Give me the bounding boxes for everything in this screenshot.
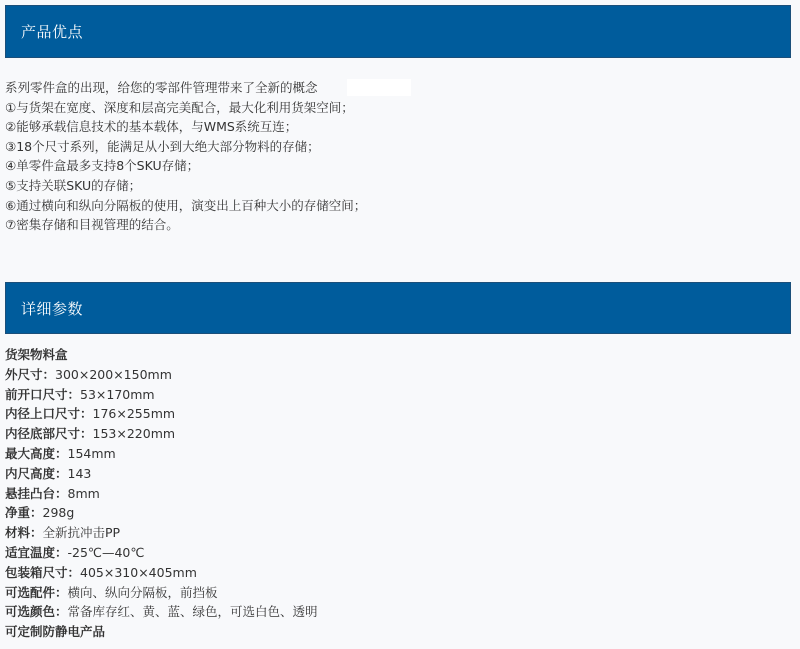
param-value: 300×200×150mm bbox=[55, 367, 172, 382]
param-label: 悬挂凸台： bbox=[5, 486, 68, 501]
param-value: 176×255mm bbox=[93, 406, 176, 421]
advantage-item: ⑦密集存储和目视管理的结合。 bbox=[5, 215, 785, 235]
advantage-item: ①与货架在宽度、深度和层高完美配合，最大化利用货架空间； bbox=[5, 98, 785, 118]
param-row: 净重：298g bbox=[5, 503, 785, 523]
param-value: 全新抗冲击PP bbox=[43, 525, 121, 540]
advantage-item: ⑤支持关联SKU的存储； bbox=[5, 176, 785, 196]
param-value: -25℃—40℃ bbox=[68, 545, 145, 560]
param-value: 154mm bbox=[68, 446, 116, 461]
param-value: 常备库存红、黄、蓝、绿色，可选白色、透明 bbox=[68, 604, 318, 619]
section-header-advantages: 产品优点 bbox=[5, 5, 791, 58]
advantage-item: ③18个尺寸系列，能满足从小到大绝大部分物料的存储； bbox=[5, 137, 785, 157]
section-title-params: 详细参数 bbox=[21, 298, 83, 319]
advantage-item: ②能够承载信息技术的基本载体，与WMS系统互连； bbox=[5, 117, 785, 137]
param-row: 前开口尺寸：53×170mm bbox=[5, 385, 785, 405]
product-detail-page: 产品优点 系列零件盒的出现，给您的零部件管理带来了全新的概念 ①与货架在宽度、深… bbox=[0, 0, 800, 649]
advantage-item: ④单零件盒最多支持8个SKU存储； bbox=[5, 156, 785, 176]
param-value: 横向、纵向分隔板，前挡板 bbox=[68, 585, 218, 600]
param-label: 净重： bbox=[5, 505, 43, 520]
param-value: 8mm bbox=[68, 486, 100, 501]
param-label: 最大高度： bbox=[5, 446, 68, 461]
param-row: 内尺高度：143 bbox=[5, 464, 785, 484]
param-row: 包装箱尺寸：405×310×405mm bbox=[5, 563, 785, 583]
param-label: 可选颜色： bbox=[5, 604, 68, 619]
param-label: 可选配件： bbox=[5, 585, 68, 600]
param-label: 外尺寸： bbox=[5, 367, 55, 382]
param-label: 内尺高度： bbox=[5, 466, 68, 481]
advantages-list: 系列零件盒的出现，给您的零部件管理带来了全新的概念 ①与货架在宽度、深度和层高完… bbox=[5, 78, 785, 235]
section-header-params: 详细参数 bbox=[5, 282, 791, 334]
params-list: 货架物料盒 外尺寸：300×200×150mm 前开口尺寸：53×170mm 内… bbox=[5, 345, 785, 642]
param-label: 适宜温度： bbox=[5, 545, 68, 560]
param-row: 可选颜色：常备库存红、黄、蓝、绿色，可选白色、透明 bbox=[5, 602, 785, 622]
param-row: 最大高度：154mm bbox=[5, 444, 785, 464]
param-value: 298g bbox=[43, 505, 75, 520]
param-label: 内径上口尺寸： bbox=[5, 406, 93, 421]
product-name: 货架物料盒 bbox=[5, 345, 785, 365]
param-row: 可选配件：横向、纵向分隔板，前挡板 bbox=[5, 583, 785, 603]
section-title-advantages: 产品优点 bbox=[21, 21, 83, 42]
param-label: 内径底部尺寸： bbox=[5, 426, 93, 441]
param-row: 内径上口尺寸：176×255mm bbox=[5, 404, 785, 424]
param-row: 材料：全新抗冲击PP bbox=[5, 523, 785, 543]
antistatic-note: 可定制防静电产品 bbox=[5, 622, 785, 642]
advantages-intro: 系列零件盒的出现，给您的零部件管理带来了全新的概念 bbox=[5, 78, 785, 98]
param-row: 悬挂凸台：8mm bbox=[5, 484, 785, 504]
param-row: 内径底部尺寸：153×220mm bbox=[5, 424, 785, 444]
param-label: 前开口尺寸： bbox=[5, 387, 80, 402]
param-value: 143 bbox=[68, 466, 92, 481]
param-value: 405×310×405mm bbox=[80, 565, 197, 580]
param-value: 53×170mm bbox=[80, 387, 155, 402]
param-label: 包装箱尺寸： bbox=[5, 565, 80, 580]
param-row: 适宜温度：-25℃—40℃ bbox=[5, 543, 785, 563]
param-label: 材料： bbox=[5, 525, 43, 540]
param-value: 153×220mm bbox=[93, 426, 176, 441]
param-row: 外尺寸：300×200×150mm bbox=[5, 365, 785, 385]
advantage-item: ⑥通过横向和纵向分隔板的使用，演变出上百种大小的存储空间； bbox=[5, 196, 785, 216]
